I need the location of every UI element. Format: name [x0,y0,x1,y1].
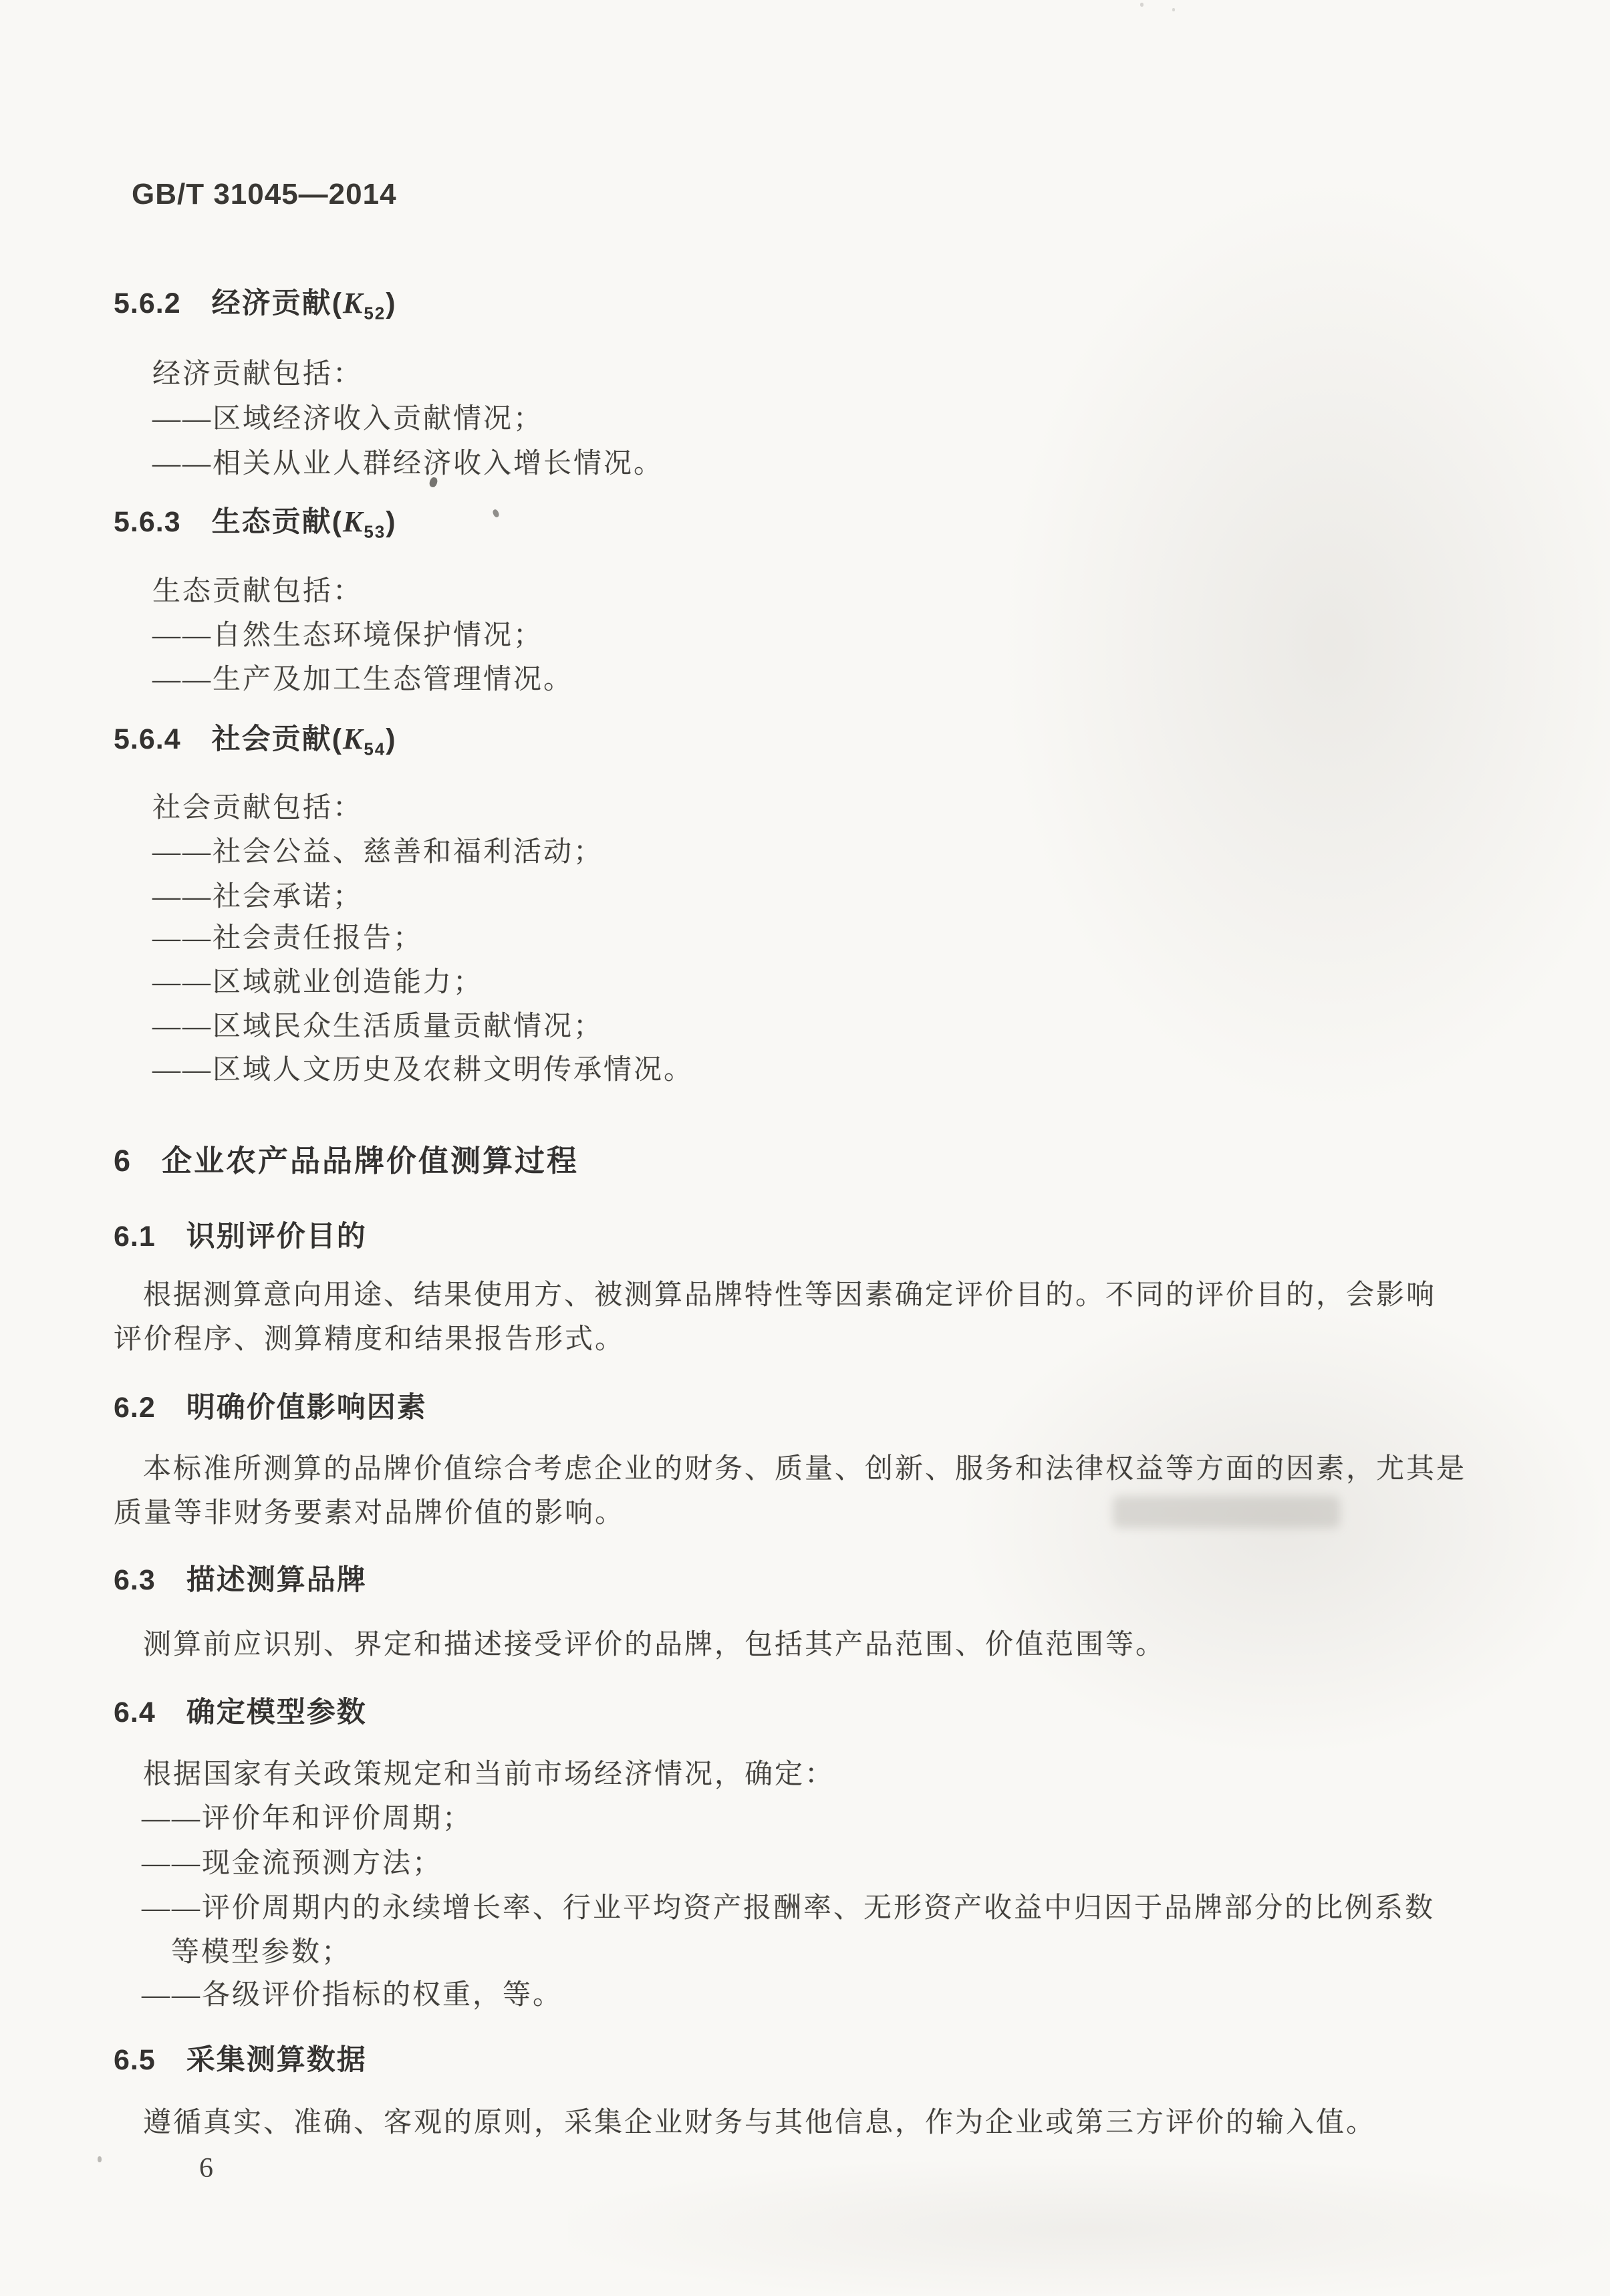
section-title: 确定模型参数 [186,1696,367,1729]
ink-speck [1140,3,1144,7]
dash-list-item: ——社会公益、慈善和福利活动； [152,830,603,874]
k-subscript: 54 [364,739,386,759]
paragraph-line: 根据测算意向用途、结果使用方、被测算品牌特性等因素确定评价目的。不同的评价目的，… [114,1273,1436,1317]
dash-list-item: ——区域民众生活质量贡献情况； [152,1005,603,1049]
k-symbol: K [343,287,364,320]
paragraph-line: 质量等非财务要素对品牌价值的影响。 [114,1491,625,1535]
paragraph-line: 根据国家有关政策规定和当前市场经济情况，确定： [114,1753,835,1797]
page-number: 6 [199,2152,213,2184]
dash-list-item: ——现金流预测方法； [142,1841,442,1886]
section-number: 6.2 [114,1392,156,1424]
ink-speck [492,509,500,518]
k-subscript: 52 [364,303,386,324]
section-heading-6-1: 6.1识别评价目的 [114,1214,367,1255]
chapter-title: 企业农产品品牌价值测算过程 [162,1144,579,1178]
chapter-number: 6 [114,1144,131,1178]
section-heading-6-4: 6.4确定模型参数 [114,1690,367,1731]
scan-shade-artifact [989,160,1610,1130]
dash-list-item-wrap-line: 等模型参数； [142,1930,1435,1974]
section-heading-6-5: 6.5采集测算数据 [114,2037,367,2078]
section-title: 采集测算数据 [186,2044,367,2076]
paragraph-line: 本标准所测算的品牌价值综合考虑企业的财务、质量、创新、服务和法律权益等方面的因素… [114,1447,1466,1491]
ink-bleed-artifact [1113,1496,1340,1528]
section-title: 描述测算品牌 [186,1564,367,1596]
section-number: 6.3 [114,1564,156,1596]
clause-title: 生态贡献 [212,506,332,538]
clause-intro: 生态贡献包括： [152,569,363,614]
clause-intro: 社会贡献包括： [152,786,363,830]
ink-speck [98,2156,102,2162]
section-number: 6.1 [114,1221,156,1253]
paren-close: ) [386,506,396,538]
dash-list-item: ——区域经济收入贡献情况； [152,397,543,441]
dash-list-item: ——各级评价指标的权重，等。 [142,1973,563,2017]
k-symbol: K [343,505,364,538]
section-number: 6.5 [114,2044,156,2076]
dash-list-item-line: ——评价周期内的永续增长率、行业平均资产报酬率、无形资产收益中归因于品牌部分的比… [142,1886,1435,1930]
clause-number: 5.6.4 [114,723,181,755]
scan-shade-artifact [956,1290,1610,1758]
k-symbol: K [343,723,364,755]
ink-speck [1172,8,1175,11]
document-header: GB/T 31045—2014 [132,178,397,211]
clause-title: 社会贡献 [212,723,332,755]
paren-open: ( [332,723,343,755]
k-subscript: 53 [364,522,386,542]
paren-open: ( [332,506,343,538]
paragraph-line: 评价程序、测算精度和结果报告形式。 [114,1317,625,1362]
section-title: 明确价值影响因素 [186,1392,427,1424]
section-title: 识别评价目的 [186,1221,367,1253]
paren-close: ) [386,287,396,320]
dash-list-item: ——社会责任报告； [152,916,423,961]
dash-list-item: ——自然生态环境保护情况； [152,614,543,658]
dash-list-item: ——社会承诺； [152,875,363,919]
section-number: 6.4 [114,1696,156,1729]
paren-open: ( [332,287,343,320]
scan-shade-artifact [568,2159,1610,2296]
section-heading-6-2: 6.2明确价值影响因素 [114,1385,427,1426]
dash-list-item: ——评价周期内的永续增长率、行业平均资产报酬率、无形资产收益中归因于品牌部分的比… [142,1886,1435,1974]
paragraph-line: 测算前应识别、界定和描述接受评价的品牌，包括其产品范围、价值范围等。 [114,1623,1166,1667]
dash-list-item: ——生产及加工生态管理情况。 [152,658,573,702]
clause-heading-5-6-2: 5.6.2经济贡献(K52) [114,281,397,324]
chapter-heading-6: 6企业农产品品牌价值测算过程 [114,1136,579,1180]
scanned-standard-page: GB/T 31045—2014 5.6.2经济贡献(K52) 经济贡献包括： —… [0,0,1610,2296]
clause-title: 经济贡献 [212,287,332,320]
paragraph-line: 遵循真实、准确、客观的原则，采集企业财务与其他信息，作为企业或第三方评价的输入值… [114,2101,1376,2145]
paren-close: ) [386,723,396,755]
dash-list-item: ——评价年和评价周期； [142,1797,473,1841]
clause-number: 5.6.3 [114,506,181,538]
clause-heading-5-6-4: 5.6.4社会贡献(K54) [114,717,397,760]
clause-heading-5-6-3: 5.6.3生态贡献(K53) [114,499,397,543]
dash-list-item: ——区域人文历史及农耕文明传承情况。 [152,1048,694,1092]
dash-list-item: ——相关从业人群经济收入增长情况。 [152,442,664,486]
clause-number: 5.6.2 [114,287,181,320]
section-heading-6-3: 6.3描述测算品牌 [114,1557,367,1598]
clause-intro: 经济贡献包括： [152,352,363,396]
dash-list-item: ——区域就业创造能力； [152,961,483,1005]
